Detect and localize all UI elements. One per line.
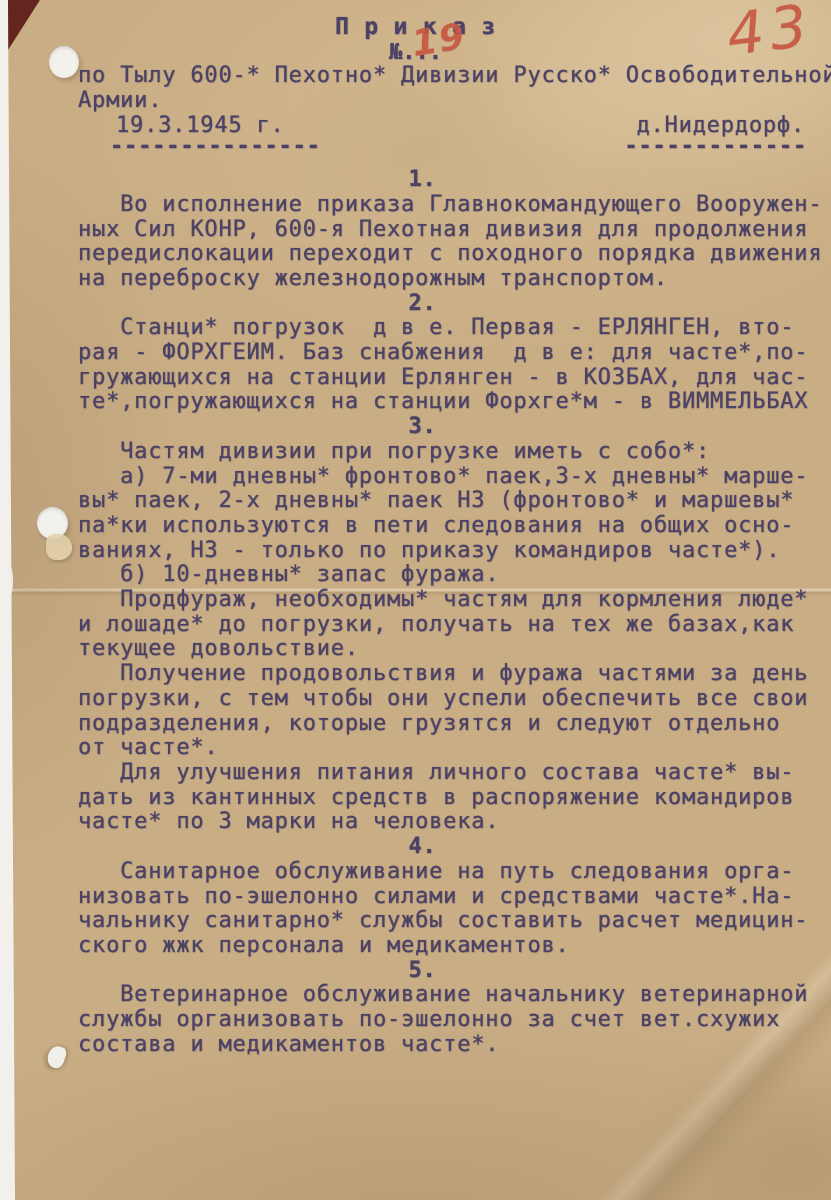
order-text-line: ваниях, НЗ - только по приказу командиро…: [0, 539, 831, 564]
order-text-line: передислокации переходит с походного пор…: [0, 242, 831, 267]
scanned-order-page: 43 П р и к а з №... 19 по Тылу 600-* Пех…: [0, 0, 831, 1200]
order-number-handwritten: 19: [410, 25, 467, 56]
order-text-line: от часте*.: [0, 736, 831, 761]
issuer-line-2: Армии.: [0, 89, 831, 114]
order-text-line: рая - ФОРХГЕЙМ. Баз снабжения д в е: для…: [0, 341, 831, 366]
order-text-line: ных Сил КОНР, 600-я Пехотная дивизия для…: [0, 218, 831, 243]
order-text-line: текущее довольствие.: [0, 637, 831, 662]
order-text-line: Во исполнение приказа Главнокомандующего…: [0, 193, 831, 218]
order-text-line: Станци* погрузок д в е. Первая - ЕРЛЯНГЕ…: [0, 316, 831, 341]
order-text-line: б) 10-дневны* запас фуража.: [0, 563, 831, 588]
order-text-line: службы организовать по-эшелонно за счет …: [0, 1008, 831, 1033]
section-number: 1.: [0, 168, 831, 193]
order-text-line: чальнику санитарно* службы составить рас…: [0, 909, 831, 934]
order-body: 1. Во исполнение приказа Главнокомандующ…: [0, 168, 831, 1057]
order-text-line: на переброску железнодорожным транспорто…: [0, 267, 831, 292]
order-text-line: погрузки, с тем чтобы они успели обеспеч…: [0, 687, 831, 712]
edge-tear: [0, 560, 13, 602]
section-number: 5.: [0, 959, 831, 984]
order-place: д.Нидердорф.: [636, 114, 805, 139]
order-header: П р и к а з №... 19 по Тылу 600-* Пехотн…: [0, 0, 831, 155]
order-text-line: па*ки используются в пети следования на …: [0, 514, 831, 539]
order-text-line: Получение продовольствия и фуража частям…: [0, 662, 831, 687]
order-text-line: те*,погружающихся на станции Форхге*м - …: [0, 390, 831, 415]
paper-flap: [46, 534, 72, 560]
section-number: 4.: [0, 835, 831, 860]
order-text-line: а) 7-ми дневны* фронтово* паек,3-х дневн…: [0, 465, 831, 490]
section-number: 3.: [0, 415, 831, 440]
order-text-line: Продфураж, необходимы* частям для кормле…: [0, 588, 831, 613]
issuer-line-1: по Тылу 600-* Пехотно* Дивизии Русско* О…: [0, 64, 831, 89]
order-text-line: состава и медикаментов часте*.: [0, 1033, 831, 1058]
section-number: 2.: [0, 292, 831, 317]
order-date: 19.3.1945 г.: [116, 114, 285, 139]
order-text-line: Санитарное обслуживание на путь следован…: [0, 860, 831, 885]
order-text-line: ского жжк персонала и медикаментов.: [0, 934, 831, 959]
order-text-line: дать из кантинных средств в распоряжение…: [0, 786, 831, 811]
order-number-row: №... 19: [0, 41, 831, 64]
order-text-line: и лошаде* до погрузки, получать на тех ж…: [0, 613, 831, 638]
date-underline: ---------------: [110, 138, 321, 155]
place-underline: -------------: [624, 138, 807, 155]
date-place-row: 19.3.1945 г. д.Нидердорф.: [0, 114, 831, 139]
order-text-line: Для улучшения питания личного состава ча…: [0, 761, 831, 786]
order-text-line: низовать по-эшелонно силами и средствами…: [0, 885, 831, 910]
order-text-line: Ветеринарное обслуживание начальнику вет…: [0, 983, 831, 1008]
underline-row: --------------- -------------: [0, 138, 831, 155]
order-text-line: Частям дивизии при погрузке иметь с собо…: [0, 440, 831, 465]
order-text-line: часте* по 3 марки на человека.: [0, 810, 831, 835]
order-text-line: подразделения, которые грузятся и следую…: [0, 712, 831, 737]
order-text-line: гружающихся на станции Ерлянген - в КОЗБ…: [0, 366, 831, 391]
order-text-line: вы* паек, 2-х дневны* паек НЗ (фронтово*…: [0, 489, 831, 514]
